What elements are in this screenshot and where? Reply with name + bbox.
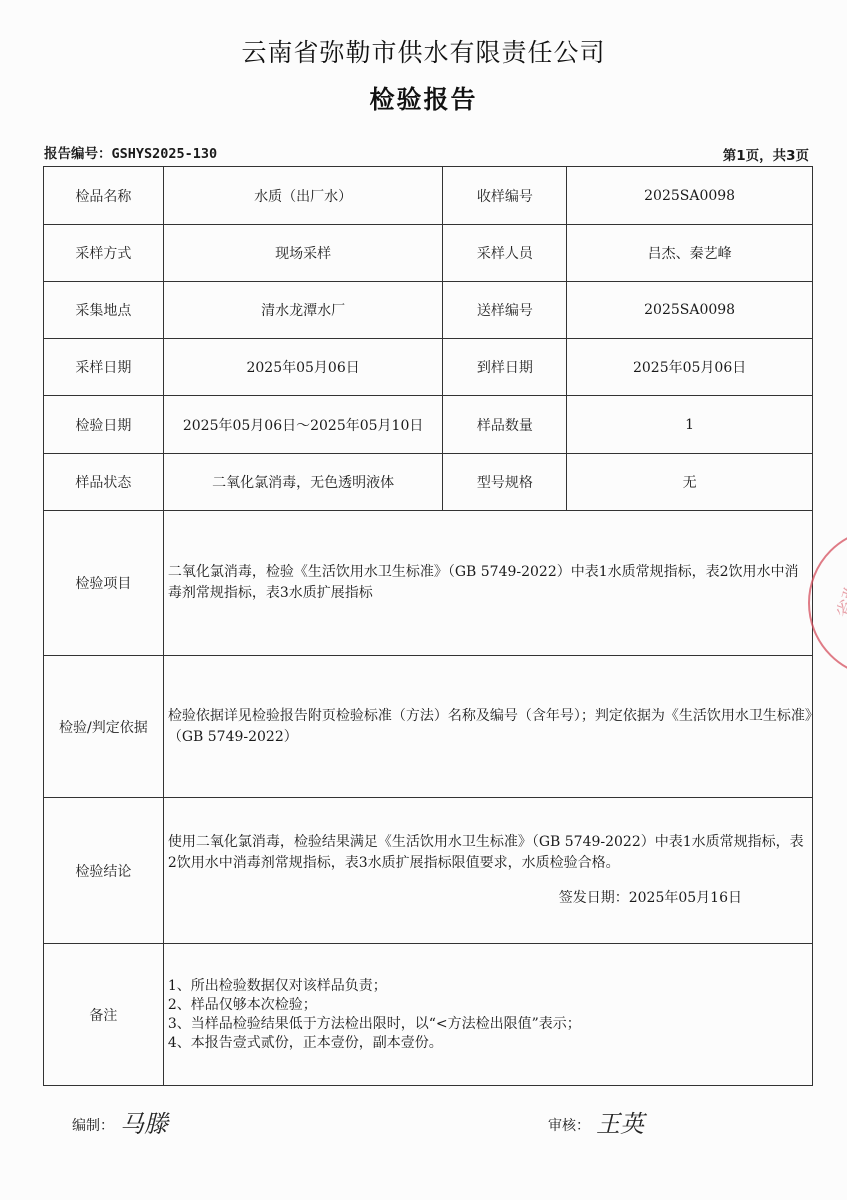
conclusion-text: 使用二氧化氯消毒，检验结果满足《生活饮用水卫生标准》（GB 5749-2022）… <box>168 832 812 874</box>
field-value: 1 <box>567 396 813 454</box>
field-label: 采样日期 <box>44 339 164 396</box>
table-row: 样品状态 二氧化氯消毒，无色透明液体 型号规格 无 <box>44 454 813 511</box>
sign-date: 签发日期：2025年05月16日 <box>168 888 812 909</box>
field-label: 采集地点 <box>44 282 164 339</box>
conclusion-label: 检验结论 <box>44 798 164 944</box>
field-value: 无 <box>567 454 813 511</box>
field-label: 检品名称 <box>44 167 164 225</box>
prepared-signature: 马滕 <box>120 1110 168 1138</box>
field-value: 2025年05月06日 <box>567 339 813 396</box>
field-label: 采样方式 <box>44 225 164 282</box>
test-items-text: 二氧化氯消毒，检验《生活饮用水卫生标准》（GB 5749-2022）中表1水质常… <box>163 511 812 656</box>
table-row: 采样方式 现场采样 采样人员 吕杰、秦艺峰 <box>44 225 813 282</box>
field-label: 送样编号 <box>443 282 567 339</box>
field-value: 二氧化氯消毒，无色透明液体 <box>163 454 443 511</box>
seal-text: 省弥勒市 <box>829 545 847 622</box>
reviewed-signature: 王英 <box>596 1110 644 1138</box>
field-label: 收样编号 <box>443 167 567 225</box>
remark-item: 3、当样品检验结果低于方法检出限时，以“<方法检出限值”表示； <box>168 1015 812 1034</box>
report-table: 检品名称 水质（出厂水） 收样编号 2025SA0098 采样方式 现场采样 采… <box>43 166 813 1086</box>
official-seal: 省弥勒市 <box>808 528 847 678</box>
prepared-label: 编制： <box>72 1118 114 1134</box>
field-value: 2025年05月06日 <box>163 339 443 396</box>
table-row: 检品名称 水质（出厂水） 收样编号 2025SA0098 <box>44 167 813 225</box>
prepared-by: 编制：马滕 <box>72 1104 168 1139</box>
report-number-label: 报告编号： <box>44 146 112 162</box>
conclusion-row: 检验结论 使用二氧化氯消毒，检验结果满足《生活饮用水卫生标准》（GB 5749-… <box>44 798 813 944</box>
report-number-value: GSHYS2025-130 <box>112 146 218 162</box>
field-label: 到样日期 <box>443 339 567 396</box>
remarks-label: 备注 <box>44 944 164 1086</box>
field-value: 2025SA0098 <box>567 282 813 339</box>
company-name: 云南省弥勒市供水有限责任公司 <box>0 33 847 69</box>
basis-text: 检验依据详见检验报告附页检验标准（方法）名称及编号（含年号）；判定依据为《生活饮… <box>163 656 812 798</box>
conclusion-cell: 使用二氧化氯消毒，检验结果满足《生活饮用水卫生标准》（GB 5749-2022）… <box>163 798 812 944</box>
table-row: 采集地点 清水龙潭水厂 送样编号 2025SA0098 <box>44 282 813 339</box>
field-label: 型号规格 <box>443 454 567 511</box>
reviewed-label: 审核： <box>548 1118 590 1134</box>
test-items-row: 检验项目 二氧化氯消毒，检验《生活饮用水卫生标准》（GB 5749-2022）中… <box>44 511 813 656</box>
field-label: 样品数量 <box>443 396 567 454</box>
report-number: 报告编号：GSHYS2025-130 <box>44 142 217 162</box>
field-value: 清水龙潭水厂 <box>163 282 443 339</box>
table-row: 采样日期 2025年05月06日 到样日期 2025年05月06日 <box>44 339 813 396</box>
field-label: 样品状态 <box>44 454 164 511</box>
basis-row: 检验/判定依据 检验依据详见检验报告附页检验标准（方法）名称及编号（含年号）；判… <box>44 656 813 798</box>
reviewed-by: 审核：王英 <box>548 1104 644 1139</box>
field-label: 采样人员 <box>443 225 567 282</box>
table-row: 检验日期 2025年05月06日～2025年05月10日 样品数量 1 <box>44 396 813 454</box>
remark-item: 2、样品仅够本次检验； <box>168 996 812 1015</box>
remarks-row: 备注 1、所出检验数据仅对该样品负责； 2、样品仅够本次检验； 3、当样品检验结… <box>44 944 813 1086</box>
remarks-cell: 1、所出检验数据仅对该样品负责； 2、样品仅够本次检验； 3、当样品检验结果低于… <box>163 944 812 1086</box>
field-label: 检验日期 <box>44 396 164 454</box>
remark-item: 4、本报告壹式贰份，正本壹份，副本壹份。 <box>168 1034 812 1053</box>
field-value: 2025SA0098 <box>567 167 813 225</box>
test-items-label: 检验项目 <box>44 511 164 656</box>
field-value: 2025年05月06日～2025年05月10日 <box>163 396 443 454</box>
basis-label: 检验/判定依据 <box>44 656 164 798</box>
report-title: 检验报告 <box>0 80 847 116</box>
field-value: 现场采样 <box>163 225 443 282</box>
page-info: 第1页，共3页 <box>723 144 809 164</box>
field-value: 水质（出厂水） <box>163 167 443 225</box>
remark-item: 1、所出检验数据仅对该样品负责； <box>168 977 812 996</box>
field-value: 吕杰、秦艺峰 <box>567 225 813 282</box>
